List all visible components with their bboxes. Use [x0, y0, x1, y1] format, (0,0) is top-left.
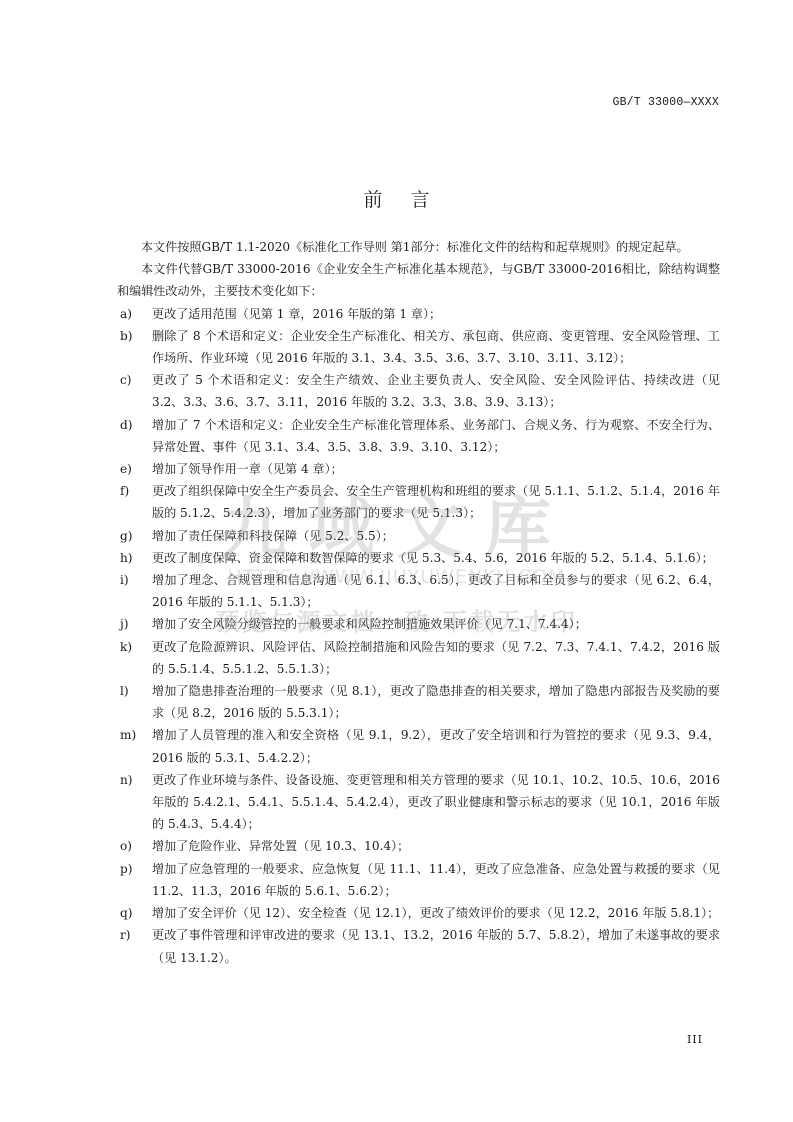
list-marker: c) — [120, 369, 132, 391]
list-item: c)更改了 5 个术语和定义：安全生产绩效、企业主要负责人、安全风险、安全风险评… — [117, 369, 720, 413]
list-item-text: 删除了 8 个术语和定义：企业安全生产标准化、相关方、承包商、供应商、变更管理、… — [152, 329, 720, 365]
list-marker: i) — [120, 569, 129, 591]
list-item: i)增加了理念、合规管理和信息沟通（见 6.1、6.3、6.5），更改了目标和全… — [117, 569, 720, 613]
list-item-text: 更改了 5 个术语和定义：安全生产绩效、企业主要负责人、安全风险、安全风险评估、… — [152, 373, 720, 409]
list-item: a)更改了适用范围（见第 1 章，2016 年版的第 1 章）； — [117, 303, 720, 325]
list-item-text: 增加了领导作用一章（见第 4 章）； — [152, 462, 343, 476]
list-item: b)删除了 8 个术语和定义：企业安全生产标准化、相关方、承包商、供应商、变更管… — [117, 325, 720, 369]
list-marker: p) — [120, 858, 132, 880]
list-item-text: 更改了适用范围（见第 1 章，2016 年版的第 1 章）； — [152, 307, 441, 321]
technical-changes-list: a)更改了适用范围（见第 1 章，2016 年版的第 1 章）； b)删除了 8… — [117, 303, 720, 969]
list-item: e)增加了领导作用一章（见第 4 章）； — [117, 458, 720, 480]
foreword-body: 本文件按照GB/T 1.1-2020《标准化工作导则 第1部分：标准化文件的结构… — [117, 236, 720, 969]
list-marker: e) — [120, 458, 132, 480]
list-marker: f) — [120, 480, 129, 502]
list-marker: h) — [120, 547, 133, 569]
list-marker: d) — [120, 414, 132, 436]
page-number: III — [687, 1033, 703, 1046]
list-item-text: 增加了安全评价（见 12）、安全检查（见 12.1），更改了绩效评价的要求（见 … — [152, 906, 719, 920]
list-item: r)更改了事件管理和评审改进的要求（见 13.1、13.2，2016 年版的 5… — [117, 924, 720, 968]
list-item: j)增加了安全风险分级管控的一般要求和风险控制措施效果评价（见 7.1、7.4.… — [117, 613, 720, 635]
list-item-text: 增加了隐患排查治理的一般要求（见 8.1），更改了隐患排查的相关要求，增加了隐患… — [152, 684, 720, 720]
list-item-text: 更改了组织保障中安全生产委员会、安全生产管理机构和班组的要求（见 5.1.1、5… — [152, 484, 720, 520]
list-item-text: 增加了人员管理的准入和安全资格（见 9.1，9.2），更改了安全培训和行为管控的… — [152, 728, 720, 764]
list-marker: o) — [120, 835, 132, 857]
list-item-text: 增加了责任保障和科技保障（见 5.2、5.5）； — [152, 529, 394, 543]
list-item: g)增加了责任保障和科技保障（见 5.2、5.5）； — [117, 525, 720, 547]
list-marker: l) — [120, 680, 129, 702]
standard-code-header: GB/T 33000—XXXX — [612, 96, 719, 109]
list-marker: m) — [120, 724, 136, 746]
list-marker: r) — [120, 924, 131, 946]
list-marker: j) — [120, 613, 128, 635]
list-item-text: 更改了事件管理和评审改进的要求（见 13.1、13.2，2016 年版的 5.7… — [152, 928, 720, 964]
list-item: k)更改了危险源辨识、风险评估、风险控制措施和风险告知的要求（见 7.2、7.3… — [117, 636, 720, 680]
list-item-text: 增加了安全风险分级管控的一般要求和风险控制措施效果评价（见 7.1、7.4.4）… — [152, 617, 587, 631]
list-item: m)增加了人员管理的准入和安全资格（见 9.1，9.2），更改了安全培训和行为管… — [117, 724, 720, 768]
list-item: h)更改了制度保障、资金保障和数智保障的要求（见 5.3、5.4、5.6，201… — [117, 547, 720, 569]
list-item-text: 增加了 7 个术语和定义：企业安全生产标准化管理体系、业务部门、合规义务、行为观… — [152, 418, 720, 454]
list-item-text: 更改了制度保障、资金保障和数智保障的要求（见 5.3、5.4、5.6，2016 … — [152, 551, 714, 565]
list-item: l)增加了隐患排查治理的一般要求（见 8.1），更改了隐患排查的相关要求，增加了… — [117, 680, 720, 724]
list-marker: k) — [120, 636, 132, 658]
list-item-text: 增加了理念、合规管理和信息沟通（见 6.1、6.3、6.5），更改了目标和全员参… — [152, 573, 720, 609]
list-item: q)增加了安全评价（见 12）、安全检查（见 12.1），更改了绩效评价的要求（… — [117, 902, 720, 924]
list-marker: q) — [120, 902, 132, 924]
list-item-text: 增加了危险作业、异常处置（见 10.3、10.4）； — [152, 839, 409, 853]
list-item: d)增加了 7 个术语和定义：企业安全生产标准化管理体系、业务部门、合规义务、行… — [117, 414, 720, 458]
list-item: o)增加了危险作业、异常处置（见 10.3、10.4）； — [117, 835, 720, 857]
paragraph-drafting-basis: 本文件按照GB/T 1.1-2020《标准化工作导则 第1部分：标准化文件的结构… — [117, 236, 720, 258]
list-item-text: 更改了作业环境与条件、设备设施、变更管理和相关方管理的要求（见 10.1、10.… — [152, 773, 720, 831]
list-marker: a) — [120, 303, 132, 325]
list-item: p)增加了应急管理的一般要求、应急恢复（见 11.1、11.4），更改了应急准备… — [117, 858, 720, 902]
list-item-text: 更改了危险源辨识、风险评估、风险控制措施和风险告知的要求（见 7.2、7.3、7… — [152, 640, 720, 676]
page-title: 前言 — [0, 185, 793, 212]
list-item: f)更改了组织保障中安全生产委员会、安全生产管理机构和班组的要求（见 5.1.1… — [117, 480, 720, 524]
list-marker: b) — [120, 325, 132, 347]
list-item-text: 增加了应急管理的一般要求、应急恢复（见 11.1、11.4），更改了应急准备、应… — [152, 862, 720, 898]
paragraph-replacement-note: 本文件代替GB/T 33000-2016《企业安全生产标准化基本规范》，与GB/… — [117, 258, 720, 302]
list-marker: g) — [120, 525, 132, 547]
list-marker: n) — [120, 769, 133, 791]
list-item: n)更改了作业环境与条件、设备设施、变更管理和相关方管理的要求（见 10.1、1… — [117, 769, 720, 836]
